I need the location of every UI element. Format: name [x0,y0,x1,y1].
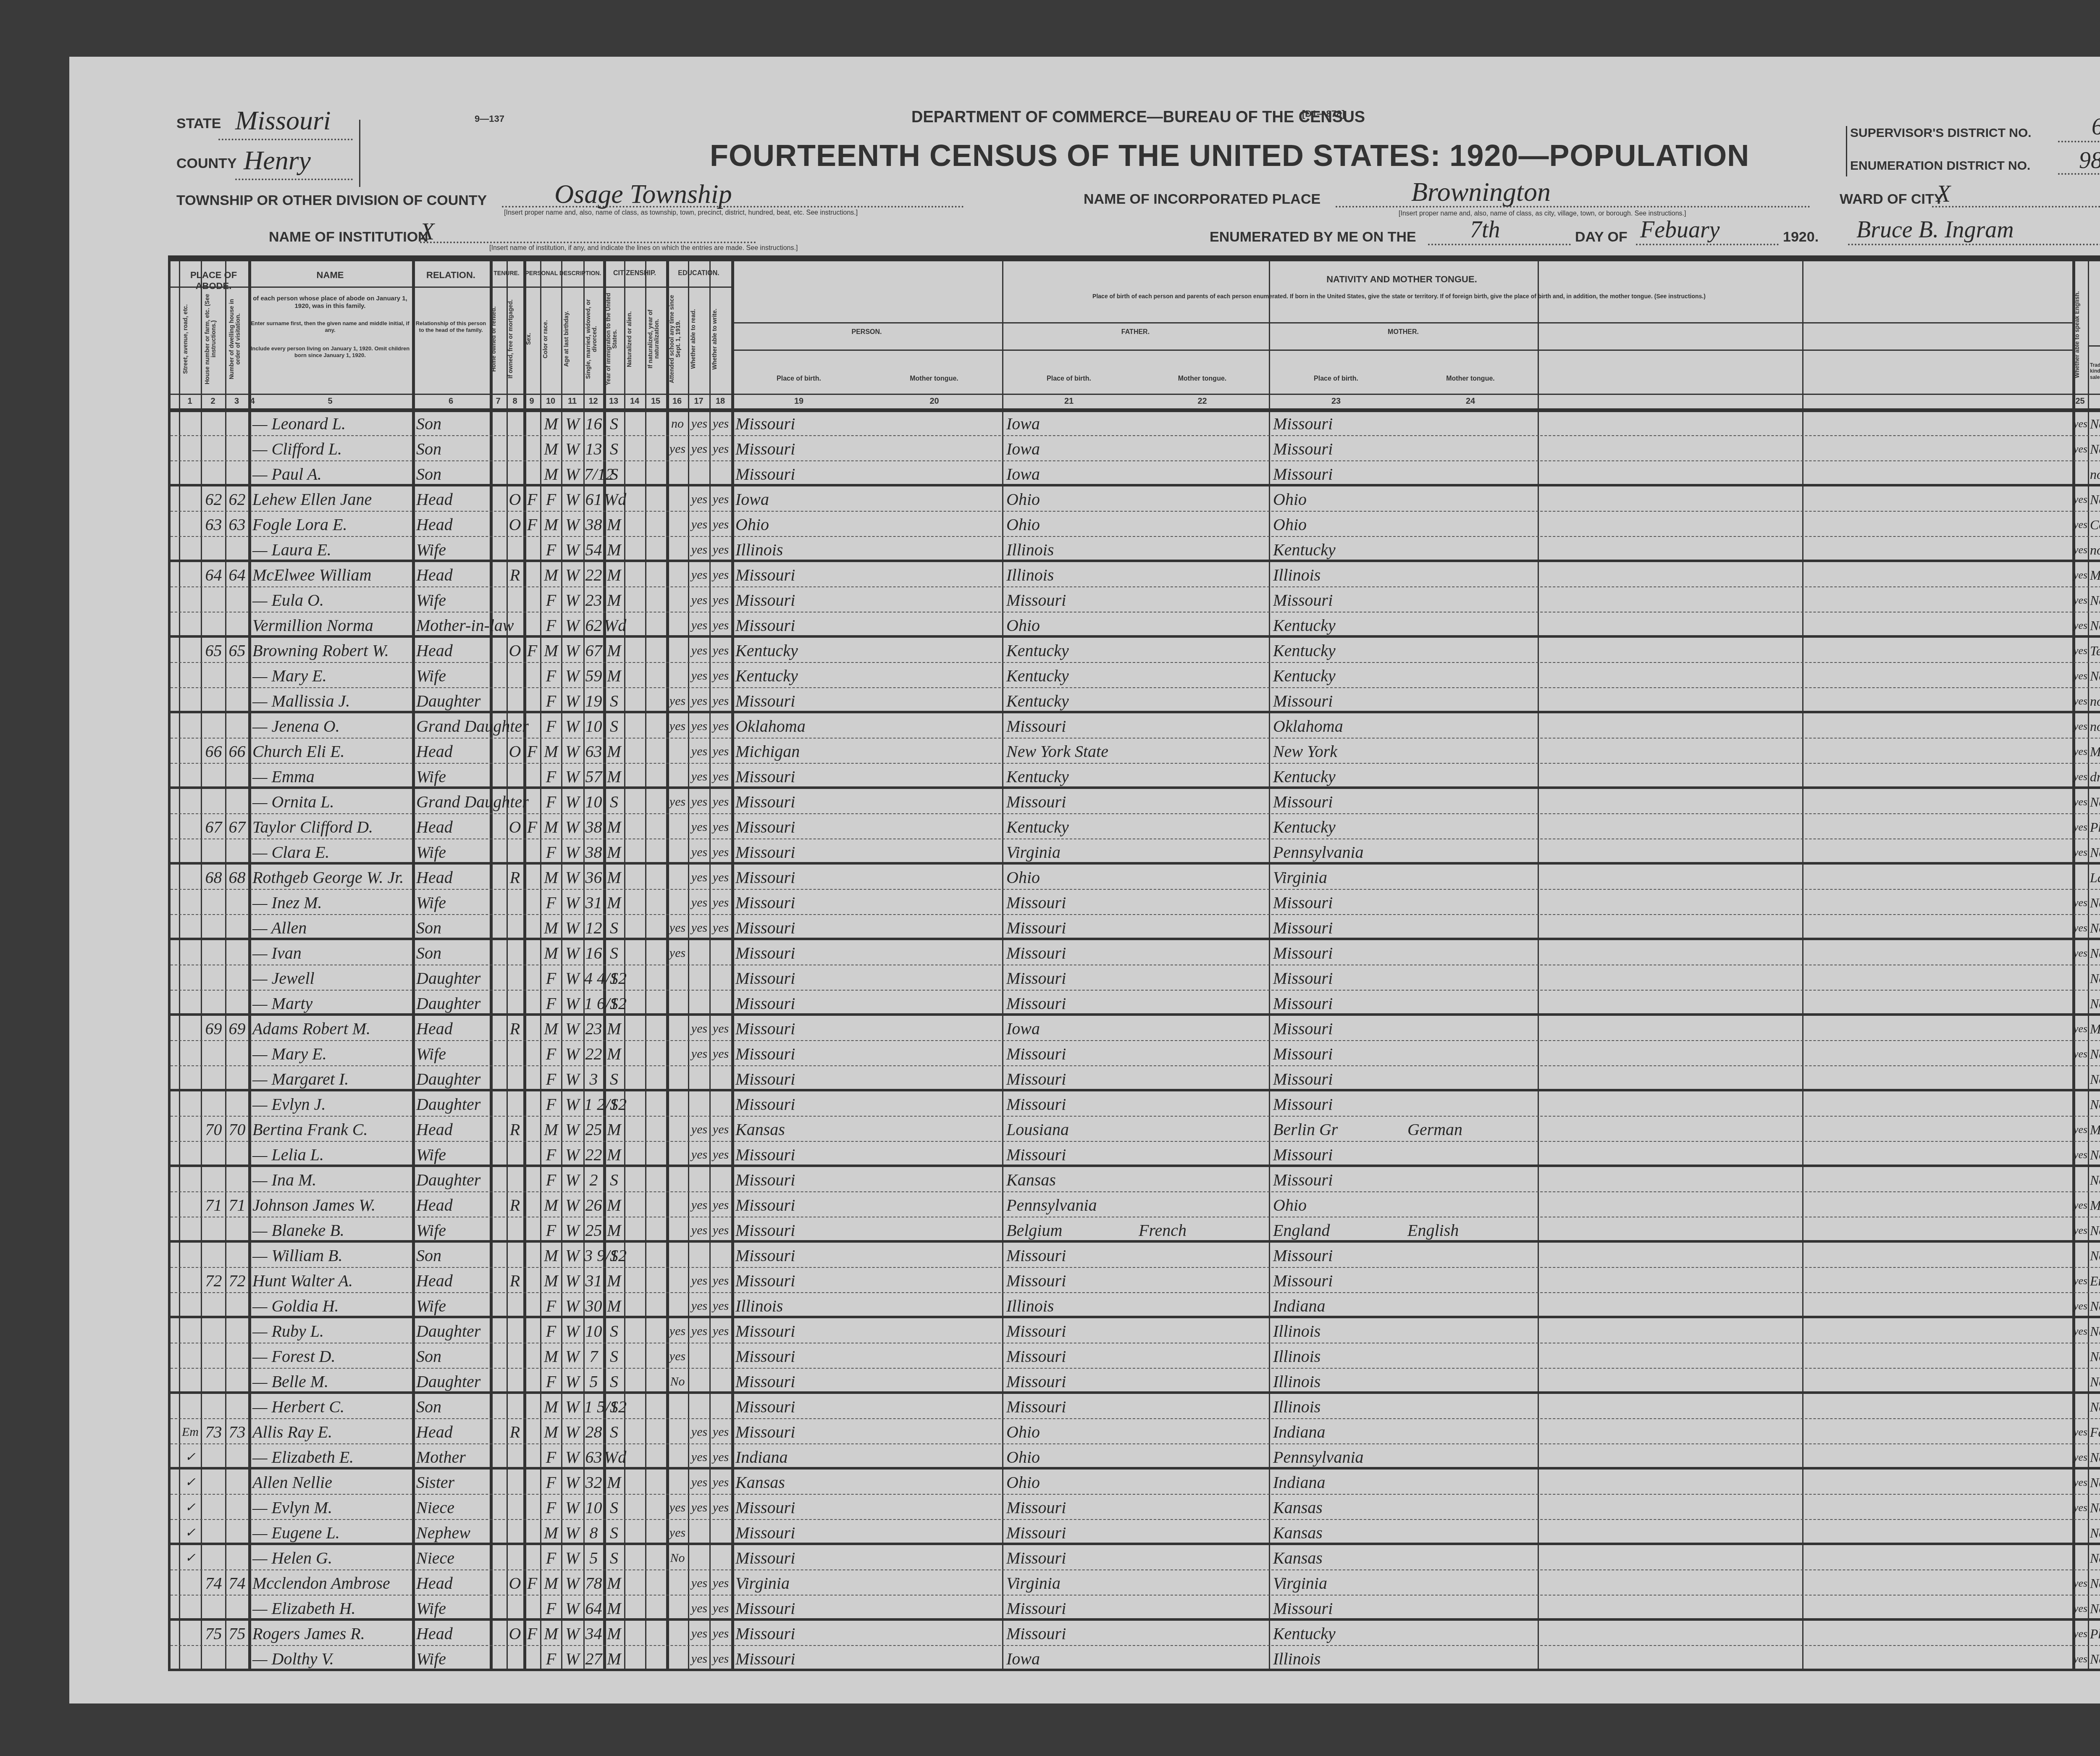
cell-race: W [562,1522,583,1543]
cell-dwelling: 66 [202,741,225,762]
cell-race: W [562,1094,583,1115]
cell-race: W [562,1119,583,1140]
cell-mother-birth: Indiana [1273,1472,1399,1493]
cell-father-birth: Missouri [1006,1144,1132,1165]
cell-read: yes [689,1119,710,1140]
cell-tenure: R [507,867,523,888]
cell-trade: None [2090,1371,2100,1392]
group-place-of-abode: PLACE OF ABODE. [179,270,248,292]
cell-trade: Teacher [2090,640,2100,661]
cell-age: 1 2/12 [584,1094,603,1115]
cell-relation: Wife [416,1144,490,1165]
cell-race: W [562,464,583,485]
cell-sex: F [541,1094,561,1115]
cell-relation: Wife [416,892,490,913]
cell-write: yes [710,791,731,812]
cell-age: 62 [584,615,603,636]
cell-sex: F [541,1220,561,1241]
cell-father-birth: Missouri [1006,968,1132,989]
cell-street: ✓ [180,1522,201,1543]
cell-family: 64 [226,565,248,586]
enumerator-underline [1848,244,2100,245]
table-row: — Forest D.SonMW7SyesMissouriMissouriIll… [171,1343,2100,1369]
institution-label: NAME OF INSTITUTION [269,229,428,245]
day-of-label: DAY OF [1575,229,1627,245]
cell-marital: M [604,817,624,838]
cell-write: yes [710,539,731,560]
table-row: — Leonard L.SonMW16SnoyesyesMissouriIowa… [171,411,2100,436]
cell-dwelling: 73 [202,1422,225,1443]
cell-write: yes [710,716,731,737]
cell-race: W [562,1346,583,1367]
vheader-mortgaged: If owned, free or mortgaged. [507,291,522,387]
table-row: — Clara E.WifeFW38MyesyesMissouriVirgini… [171,839,2100,865]
cell-relation: Head [416,1573,490,1594]
vheader-race: Color or race. [542,291,560,387]
cell-marital: M [604,1623,624,1644]
cell-mother-birth: Missouri [1273,1598,1399,1619]
cell-mother-birth: Oklahoma [1273,716,1399,737]
nativity-father: FATHER. [1002,329,1269,336]
cell-english: yes [2073,691,2088,712]
year-label: 1920. [1783,229,1819,245]
cell-age: 7/12 [584,464,603,485]
cell-age: 10 [584,1321,603,1342]
cell-father-birth: Virginia [1006,1573,1132,1594]
cell-marital: S [604,1497,624,1518]
cell-race: W [562,1548,583,1569]
cell-trade: None [2090,1296,2100,1317]
cell-name: — Paul A. [252,464,412,485]
cell-read: yes [689,1447,710,1468]
cell-read: yes [689,439,710,460]
cell-relation: Sister [416,1472,490,1493]
cell-trade: None [2090,1044,2100,1065]
cell-age: 67 [584,640,603,661]
cell-write: yes [710,1044,731,1065]
cell-mother-birth: Ohio [1273,514,1399,535]
cell-age: 19 [584,691,603,712]
cell-read: yes [689,741,710,762]
cell-mother-birth: Illinois [1273,1648,1399,1669]
table-row: — Clifford L.SonMW13SyesyesyesMissouriIo… [171,436,2100,461]
table-row: Em7373Allis Ray E.HeadRMW28SyesyesMissou… [171,1419,2100,1444]
cell-age: 25 [584,1119,603,1140]
cell-dwelling: 67 [202,817,225,838]
cell-race: W [562,615,583,636]
cell-mother-birth: Missouri [1273,439,1399,460]
census-rows: — Leonard L.SonMW16SnoyesyesMissouriIowa… [171,411,2100,1669]
table-row: ✓— Helen G.NieceFW5SNoMissouriMissouriKa… [171,1545,2100,1570]
group-citizenship: CITIZENSHIP. [603,270,666,277]
cell-race: W [562,867,583,888]
cell-marital: M [604,766,624,787]
cell-marital: M [604,665,624,686]
cell-birth: Missouri [735,1422,866,1443]
cell-trade: None [2090,439,2100,460]
cell-name: — Mallissia J. [252,691,412,712]
cell-read: yes [689,1648,710,1669]
cell-trade: None [2090,1220,2100,1241]
cell-birth: Kansas [735,1119,866,1140]
cell-marital: S [604,791,624,812]
cell-read: yes [689,766,710,787]
cell-mortgage: F [524,741,540,762]
cell-race: W [562,1321,583,1342]
cell-read: yes [689,665,710,686]
vheader-english: Whether able to speak English. [2074,274,2087,396]
cell-school: yes [667,917,688,938]
cell-relation: Wife [416,539,490,560]
table-row: — Eula O.WifeFW23MyesyesMissouriMissouri… [171,587,2100,612]
census-title: FOURTEENTH CENSUS OF THE UNITED STATES: … [710,139,1749,173]
table-row: — Laura E.WifeFW54MyesyesIllinoisIllinoi… [171,537,2100,562]
cell-relation: Daughter [416,1321,490,1342]
enumeration-label: ENUMERATION DISTRICT NO. [1850,159,2030,173]
cell-english: yes [2073,489,2088,510]
cell-school: no [667,413,688,434]
cell-race: W [562,489,583,510]
cell-write: yes [710,1195,731,1216]
table-row: — Belle M.DaughterFW5SNoMissouriMissouri… [171,1369,2100,1394]
cell-read: yes [689,1296,710,1317]
month-underline [1636,244,1779,245]
cell-age: 25 [584,1220,603,1241]
cell-marital: M [604,1573,624,1594]
cell-sex: F [541,1447,561,1468]
cell-father-birth: Missouri [1006,1497,1132,1518]
cell-family: 66 [226,741,248,762]
cell-write: yes [710,1220,731,1241]
cell-marital: M [604,867,624,888]
cell-name: — Laura E. [252,539,412,560]
table-row: — William B.SonMW3 9/12SMissouriMissouri… [171,1243,2100,1268]
cell-trade: None [2090,1648,2100,1669]
cell-sex: F [541,1371,561,1392]
cell-english: yes [2073,1220,2088,1241]
cell-marital: S [604,1346,624,1367]
cell-race: W [562,993,583,1014]
cell-race: W [562,691,583,712]
table-row: — Mary E.WifeFW22MyesyesMissouriMissouri… [171,1041,2100,1066]
cell-father-birth: Kentucky [1006,817,1132,838]
cell-read: yes [689,413,710,434]
cell-marital: S [604,413,624,434]
cell-family: 65 [226,640,248,661]
cell-english: yes [2073,1144,2088,1165]
cell-tenure: R [507,1195,523,1216]
cell-school: yes [667,943,688,964]
cell-read: yes [689,565,710,586]
cell-sex: F [541,968,561,989]
cell-relation: Head [416,640,490,661]
cell-name: — Allen [252,917,412,938]
ward-value: X [1936,181,1950,208]
cell-birth: Missouri [735,842,866,863]
cell-name: — Eula O. [252,590,412,611]
cell-race: W [562,1069,583,1090]
table-row: 6767Taylor Clifford D.HeadOFMW38MyesyesM… [171,814,2100,839]
cell-sex: M [541,413,561,434]
cell-relation: Niece [416,1497,490,1518]
cell-age: 28 [584,1422,603,1443]
vheader-dwelling: Number of dwelling house in order of vis… [228,291,247,387]
colnum: 15 [645,397,666,406]
cell-street: ✓ [180,1447,201,1468]
table-row: — Elizabeth H.WifeFW64MyesyesMissouriMis… [171,1596,2100,1621]
cell-tenure: O [507,640,523,661]
table-row: — Ornita L.Grand DaughterFW10SyesyesyesM… [171,789,2100,814]
cell-marital: M [604,1018,624,1039]
name-description: of each person whose place of abode on J… [250,295,410,310]
cell-marital: M [604,1044,624,1065]
cell-race: W [562,1396,583,1417]
colnum: 25 [2072,397,2088,406]
colnum: 10 [540,397,561,406]
cell-relation: Wife [416,842,490,863]
cell-father-birth: Belgium [1006,1220,1132,1241]
cell-marital: S [604,968,624,989]
cell-trade: None [2090,590,2100,611]
cell-sex: M [541,464,561,485]
cell-sex: F [541,1472,561,1493]
cell-birth: Oklahoma [735,716,866,737]
cell-mother-birth: Missouri [1273,993,1399,1014]
cell-name: — Goldia H. [252,1296,412,1317]
cell-race: W [562,1598,583,1619]
cell-name: — Dolthy V. [252,1648,412,1669]
cell-birth: Missouri [735,1018,866,1039]
cell-read: yes [689,615,710,636]
table-row: — Ina M.DaughterFW2SMissouriKansasMissou… [171,1167,2100,1192]
county-value: Henry [244,145,311,176]
cell-birth: Kentucky [735,640,866,661]
cell-father-birth: Iowa [1006,439,1132,460]
cell-tenure: R [507,1018,523,1039]
cell-age: 64 [584,1598,603,1619]
cell-father-birth: New York State [1006,741,1132,762]
cell-age: 38 [584,842,603,863]
nativity-description: Place of birth of each person and parent… [759,293,2040,300]
cell-english: yes [2073,1573,2088,1594]
cell-name: — Herbert C. [252,1396,412,1417]
form-code: [D1—878] [1302,108,1344,119]
cell-birth: Missouri [735,867,866,888]
table-row: — Ruby L.DaughterFW10SyesyesyesMissouriM… [171,1318,2100,1343]
cell-read: yes [689,791,710,812]
colnum: 26 [2088,397,2100,406]
cell-sex: F [541,615,561,636]
cell-tenure: O [507,817,523,838]
cell-marital: S [604,1170,624,1191]
cell-school: yes [667,1497,688,1518]
cell-name: Mcclendon Ambrose [252,1573,412,1594]
vheader-immigration: Year of immigration to the United States… [605,291,623,387]
cell-read: yes [689,691,710,712]
cell-birth: Missouri [735,1245,866,1266]
cell-father-birth: Missouri [1006,1094,1132,1115]
cell-relation: Head [416,1018,490,1039]
cell-english: yes [2073,665,2088,686]
cell-birth: Missouri [735,1497,866,1518]
cell-relation: Nephew [416,1522,490,1543]
colnum: 21 [1002,397,1136,406]
cell-tenure: O [507,489,523,510]
colnum: 19 [731,397,866,406]
cell-sex: M [541,741,561,762]
cell-father-birth: Missouri [1006,1522,1132,1543]
cell-read: yes [689,1195,710,1216]
cell-tenure: R [507,1422,523,1443]
cell-sex: M [541,1396,561,1417]
cell-race: W [562,539,583,560]
cell-sex: F [541,1044,561,1065]
township-value: Osage Township [554,179,732,210]
cell-mother-birth: Kansas [1273,1548,1399,1569]
table-row: ✓— Evlyn M.NieceFW10SyesyesyesMissouriMi… [171,1495,2100,1520]
cell-age: 3 [584,1069,603,1090]
cell-race: W [562,1296,583,1317]
cell-race: W [562,917,583,938]
cell-school: yes [667,1321,688,1342]
cell-marital: M [604,1270,624,1291]
cell-trade: None [2090,993,2100,1014]
cell-write: yes [710,1422,731,1443]
table-row: — Blaneke B.WifeFW25MyesyesMissouriBelgi… [171,1217,2100,1243]
cell-birth: Missouri [735,817,866,838]
cell-name: Vermillion Norma [252,615,412,636]
cell-race: W [562,640,583,661]
cell-father-birth: Missouri [1006,1623,1132,1644]
cell-mortgage: F [524,514,540,535]
cell-trade: None [2090,1245,2100,1266]
cell-write: yes [710,1018,731,1039]
cell-mother-birth: Illinois [1273,565,1399,586]
cell-marital: M [604,892,624,913]
cell-race: W [562,892,583,913]
cell-trade: Miner [2090,1195,2100,1216]
cell-mother-birth: Indiana [1273,1422,1399,1443]
cell-marital: Wd [604,615,624,636]
cell-father-birth: Ohio [1006,615,1132,636]
cell-read: yes [689,716,710,737]
colnum: 11 [561,397,583,406]
table-row: 7272Hunt Walter A.HeadRMW31MyesyesMissou… [171,1268,2100,1293]
cell-write: yes [710,590,731,611]
cell-marital: S [604,917,624,938]
group-personal: PERSONAL DESCRIPTION. [523,270,603,276]
vheader-owned-rented: Home owned or rented. [491,291,506,387]
cell-english: yes [2073,1195,2088,1216]
cell-trade: None [2090,413,2100,434]
cell-relation: Head [416,489,490,510]
cell-marital: M [604,1195,624,1216]
cell-age: 13 [584,439,603,460]
father-place-header: Place of birth. [1002,375,1136,383]
cell-marital: S [604,439,624,460]
cell-birth: Missouri [735,615,866,636]
cell-relation: Wife [416,1220,490,1241]
cell-father-birth: Kentucky [1006,766,1132,787]
cell-dwelling: 74 [202,1573,225,1594]
cell-birth: Virginia [735,1573,866,1594]
cell-read: yes [689,640,710,661]
cell-race: W [562,1220,583,1241]
cell-birth: Missouri [735,1396,866,1417]
cell-sex: F [541,892,561,913]
cell-father-birth: Illinois [1006,1296,1132,1317]
cell-age: 57 [584,766,603,787]
cell-family: 67 [226,817,248,838]
cell-marital: S [604,1548,624,1569]
cell-name: — Marty [252,993,412,1014]
cell-name: — Elizabeth H. [252,1598,412,1619]
cell-dwelling: 65 [202,640,225,661]
cell-read: yes [689,539,710,560]
cell-birth: Missouri [735,1220,866,1241]
cell-trade: Miner [2090,1018,2100,1039]
cell-marital: Wd [604,1447,624,1468]
cell-name: — William B. [252,1245,412,1266]
cell-mother-birth: Kentucky [1273,817,1399,838]
cell-relation: Head [416,1119,490,1140]
cell-school: yes [667,1346,688,1367]
person-tongue-header: Mother tongue. [866,375,1002,383]
cell-name: — Jenena O. [252,716,412,737]
cell-age: 23 [584,1018,603,1039]
cell-trade: Laborer [2090,867,2100,888]
cell-race: W [562,413,583,434]
cell-race: W [562,968,583,989]
cell-mother-birth: Berlin Gr [1273,1119,1399,1140]
cell-name: — Mary E. [252,1044,412,1065]
cell-father-birth: Missouri [1006,943,1132,964]
cell-write: yes [710,489,731,510]
cell-english: yes [2073,640,2088,661]
cell-age: 36 [584,867,603,888]
cell-father-birth: Missouri [1006,993,1132,1014]
cell-english: yes [2073,565,2088,586]
cell-age: 38 [584,514,603,535]
cell-read: yes [689,1018,710,1039]
vheader-naturalization-year: If naturalized, year of naturalization. [647,291,665,387]
cell-marital: S [604,1522,624,1543]
cell-write: yes [710,817,731,838]
table-row: Vermillion NormaMother-in-lawFW62Wdyesye… [171,612,2100,638]
cell-marital: M [604,842,624,863]
cell-race: W [562,439,583,460]
cell-birth: Michigan [735,741,866,762]
cell-age: 27 [584,1648,603,1669]
cell-english: yes [2073,817,2088,838]
table-row: 6868Rothgeb George W. Jr.HeadRMW36Myesye… [171,865,2100,890]
cell-birth: Missouri [735,1094,866,1115]
cell-family: 68 [226,867,248,888]
cell-family: 69 [226,1018,248,1039]
cell-age: 22 [584,1144,603,1165]
cell-birth: Illinois [735,1296,866,1317]
cell-sex: F [541,1598,561,1619]
vheader-age: Age at last birthday. [563,291,582,387]
cell-relation: Wife [416,1044,490,1065]
cell-sex: M [541,514,561,535]
cell-birth: Missouri [735,1648,866,1669]
cell-birth: Missouri [735,691,866,712]
cell-marital: S [604,1094,624,1115]
cell-family: 72 [226,1270,248,1291]
colnum: 23 [1269,397,1403,406]
cell-name: — Forest D. [252,1346,412,1367]
